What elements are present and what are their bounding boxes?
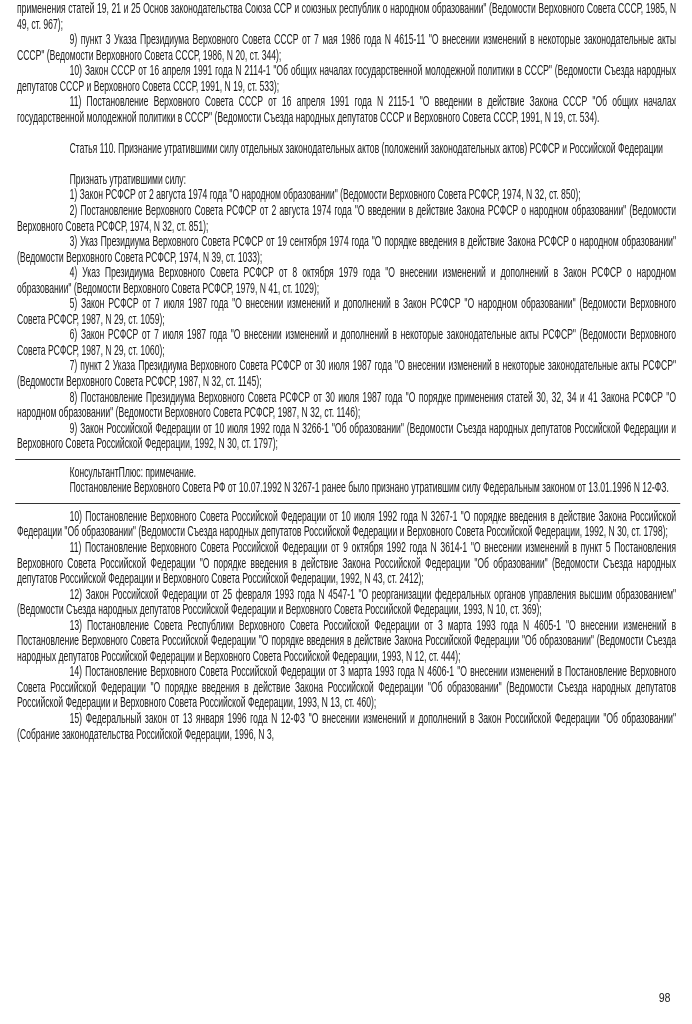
note-text: Постановление Верховного Совета РФ от 10… <box>17 481 676 497</box>
paragraph-continuation: применения статей 19, 21 и 25 Основ зако… <box>17 2 676 33</box>
list-item: 9) Закон Российской Федерации от 10 июля… <box>17 422 676 453</box>
list-item: 10) Постановление Верховного Совета Росс… <box>17 510 676 541</box>
list-item: 2) Постановление Верховного Совета РСФСР… <box>17 204 676 235</box>
list-item: 9) пункт 3 Указа Президиума Верховного С… <box>17 33 676 64</box>
list-item: 7) пункт 2 Указа Президиума Верховного С… <box>17 359 676 390</box>
page-number: 98 <box>658 990 670 1005</box>
list-item: 4) Указ Президиума Верховного Совета РСФ… <box>17 266 676 297</box>
article-heading: Статья 110. Признание утратившими силу о… <box>17 142 676 158</box>
list-item: 15) Федеральный закон от 13 января 1996 … <box>17 712 676 743</box>
list-item: 1) Закон РСФСР от 2 августа 1974 года "О… <box>17 188 676 204</box>
spacer <box>17 157 676 173</box>
article-intro: Признать утратившими силу: <box>17 173 676 189</box>
list-item: 14) Постановление Верховного Совета Росс… <box>17 665 676 712</box>
list-item: 11) Постановление Верховного Совета СССР… <box>17 95 676 126</box>
list-item: 3) Указ Президиума Верховного Совета РСФ… <box>17 235 676 266</box>
list-item: 5) Закон РСФСР от 7 июля 1987 года "О вн… <box>17 297 676 328</box>
list-item: 10) Закон СССР от 16 апреля 1991 года N … <box>17 64 676 95</box>
spacer <box>17 126 676 142</box>
document-page: применения статей 19, 21 и 25 Основ зако… <box>17 2 676 743</box>
list-item: 8) Постановление Президиума Верховного С… <box>17 391 676 422</box>
list-item: 6) Закон РСФСР от 7 июля 1987 года "О вн… <box>17 328 676 359</box>
consultant-note: КонсультантПлюс: примечание. Постановлен… <box>17 466 676 497</box>
list-item: 13) Постановление Совета Республики Верх… <box>17 619 676 666</box>
list-item: 12) Закон Российской Федерации от 25 фев… <box>17 588 676 619</box>
note-title: КонсультантПлюс: примечание. <box>17 466 676 482</box>
list-item: 11) Постановление Верховного Совета Росс… <box>17 541 676 588</box>
